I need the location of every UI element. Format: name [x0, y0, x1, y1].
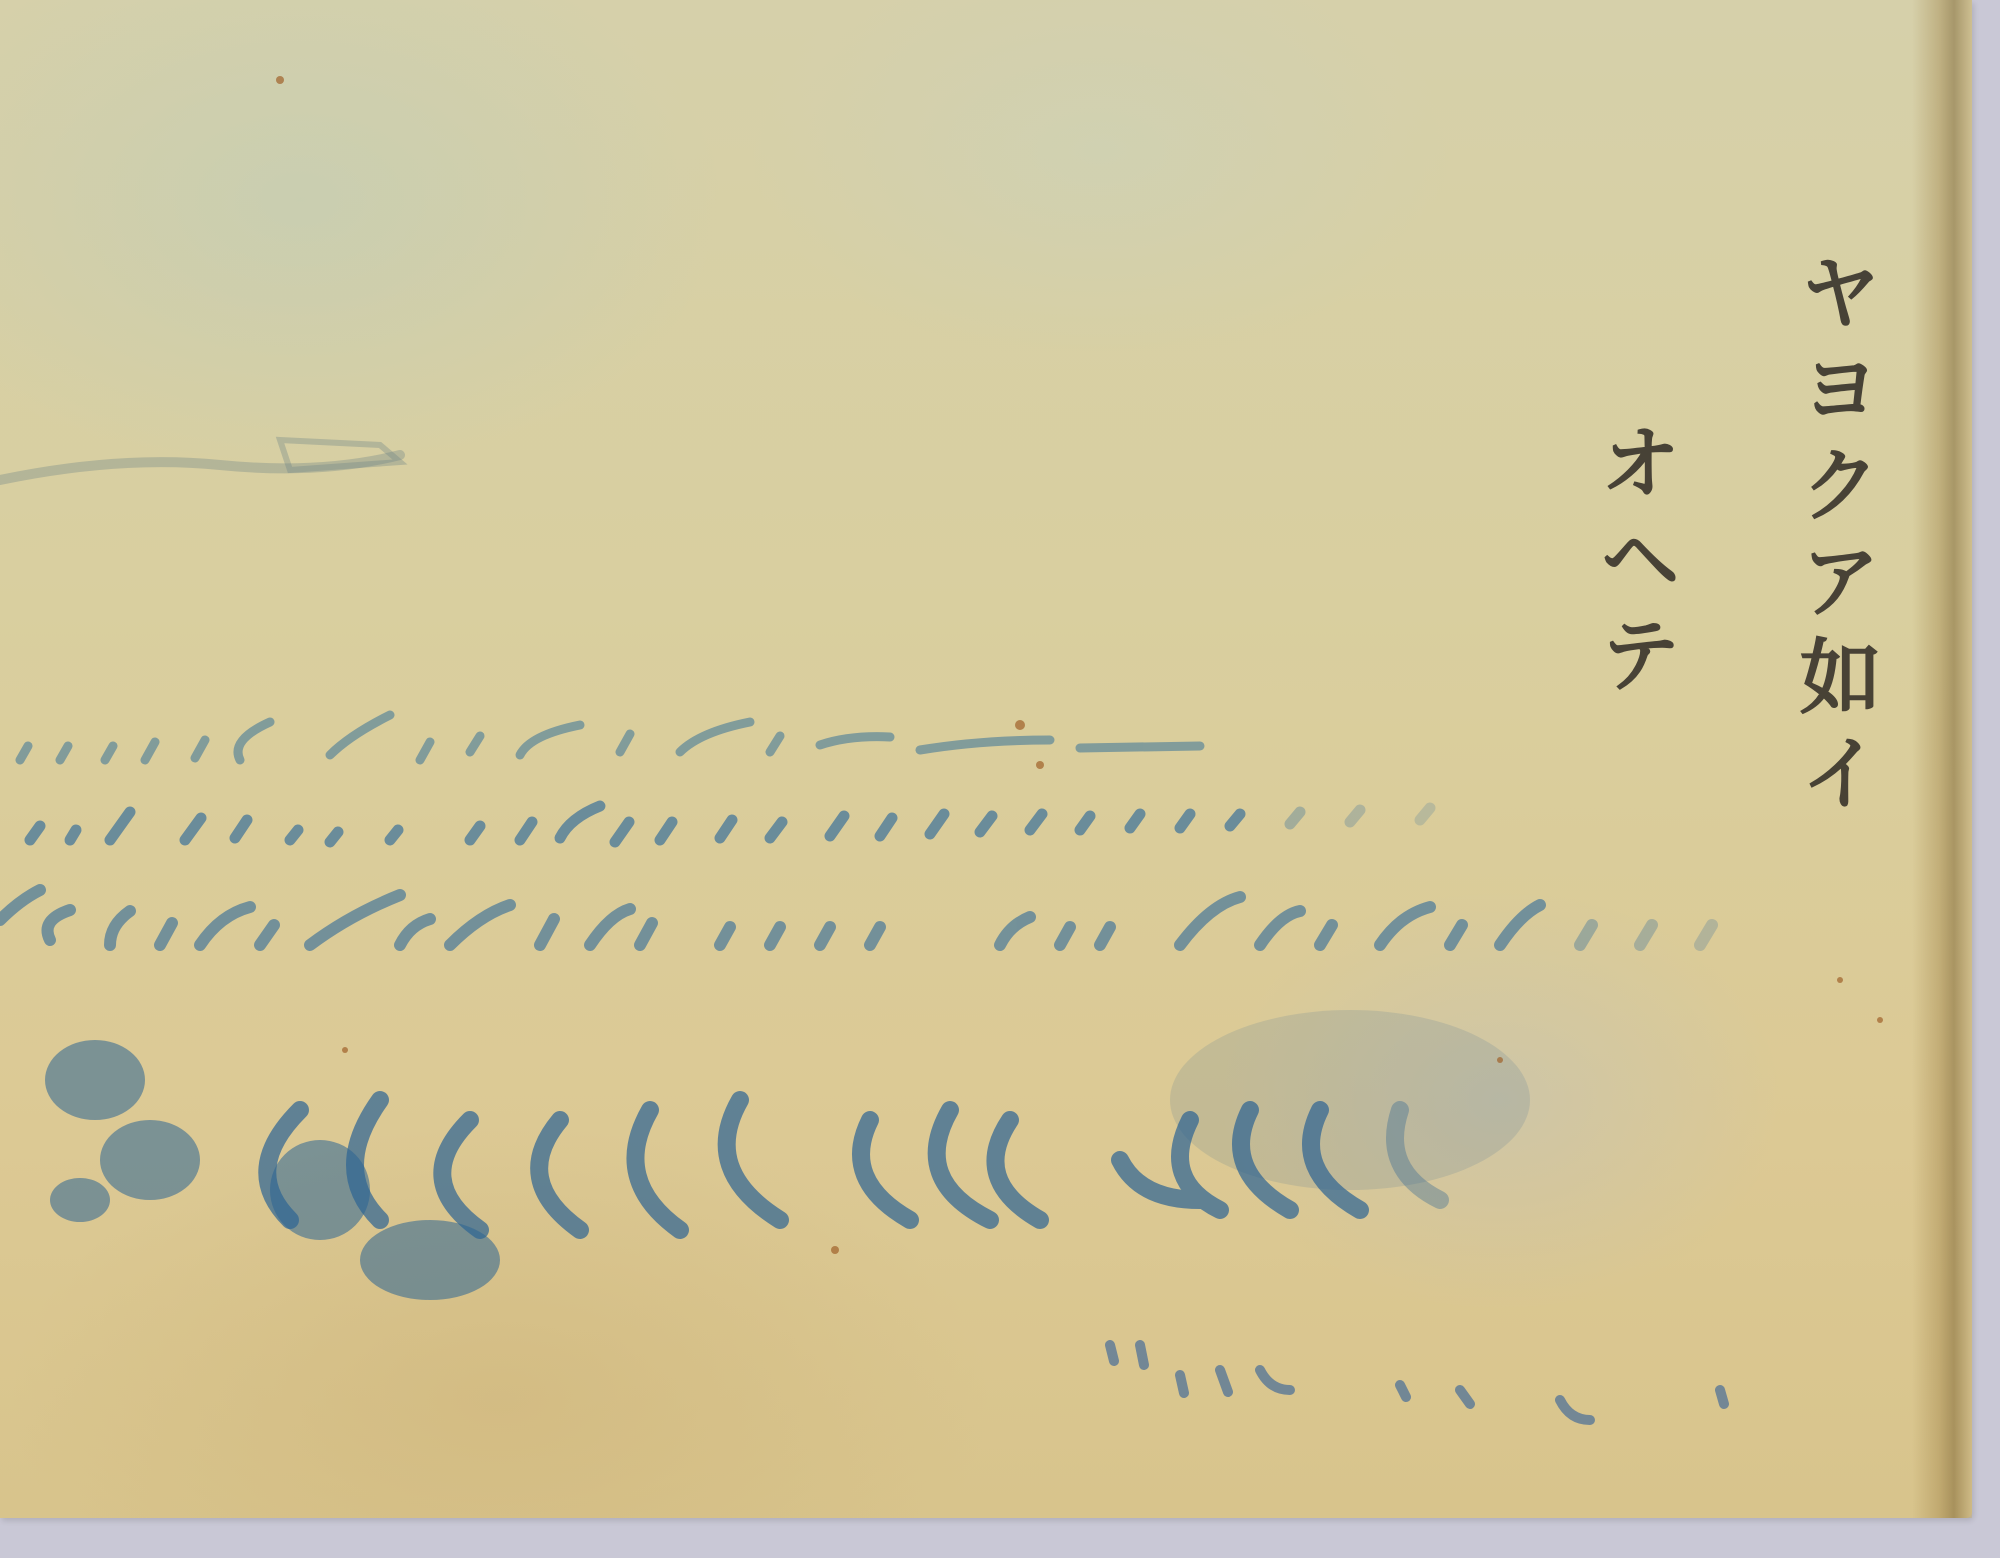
inscription-left-column: オヘテ	[1590, 420, 1676, 708]
wave-ink-drawing	[0, 0, 2000, 1558]
inscription-right-column: ヤヨクア如イ	[1790, 250, 1876, 826]
